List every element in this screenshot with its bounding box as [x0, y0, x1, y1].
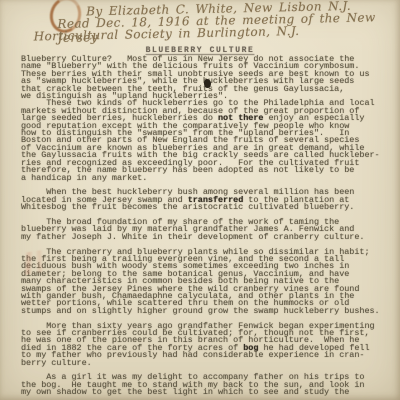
paragraph: The broad foundation of my share of the …	[21, 219, 389, 241]
ink-blot	[204, 79, 211, 88]
document-page: By Elizabeth C. White, New Lisbon N.J. R…	[0, 0, 400, 400]
paragraph: The cranberry and blueberry plants while…	[21, 249, 389, 316]
paragraph: These two kinds of huckleberries go to t…	[21, 100, 389, 181]
document-body: Blueberry Culture? Most of us in New Jer…	[21, 56, 389, 397]
paragraph: Blueberry Culture? Most of us in New Jer…	[21, 56, 389, 100]
paragraph: As a girl it was my delight to accompany…	[21, 374, 389, 396]
paragraph: When the best huckleberry bush among sev…	[21, 189, 389, 211]
paragraph: More than sixty years ago grandfather Fe…	[21, 323, 389, 367]
